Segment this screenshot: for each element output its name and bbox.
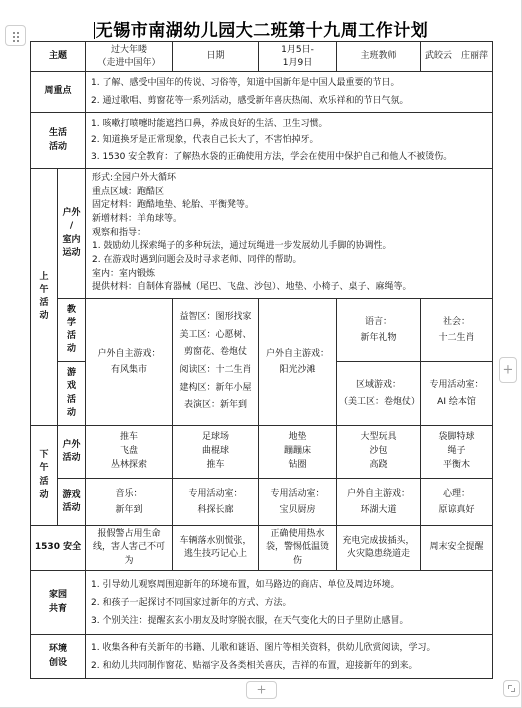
cell-safety-label[interactable]: 1530 安全 <box>31 526 86 571</box>
cell-home-label[interactable]: 家园 共育 <box>31 571 86 635</box>
cell-teacher-label[interactable]: 主班教师 <box>337 42 421 72</box>
cell-theme-value[interactable]: 过大年喽 （走进中国年） <box>86 42 173 72</box>
cell-life-label[interactable]: 生活 活动 <box>31 113 86 169</box>
cell-morning-outdoor-free-market[interactable]: 户外自主游戏： 有风集市 <box>86 299 173 426</box>
cell-safety-3[interactable]: 正确使用热水袋，警惕低温烫伤 <box>259 526 337 571</box>
cell-morning-language[interactable]: 语言： 新年礼物 <box>337 299 421 362</box>
cell-week-focus-label[interactable]: 周重点 <box>31 72 86 113</box>
cell-week-focus-content[interactable]: 1. 了解、感受中国年的传说、习俗等，知道中国新年是中国人最重要的节日。 2. … <box>86 72 493 113</box>
cell-morning-area-game[interactable]: 区域游戏： （美工区：卷炮仗） <box>337 362 421 426</box>
cell-morning-section-label[interactable]: 上 午 活 动 <box>31 169 58 426</box>
cell-afternoon-outdoor-label[interactable]: 户外 活动 <box>58 426 86 479</box>
plus-icon: + <box>256 684 266 696</box>
weekly-plan-table: 主题 过大年喽 （走进中国年） 日期 1月5日- 1月9日 主班教师 武皎云 庄… <box>30 41 493 679</box>
title-prefix: 无锡市南湖幼儿园 <box>96 21 236 41</box>
cell-morning-outdoor-free-beach[interactable]: 户外自主游戏： 阳光沙滩 <box>259 299 337 426</box>
expand-icon <box>511 688 515 692</box>
cell-afternoon-games-3[interactable]: 专用活动室： 宝贝厨房 <box>259 479 337 526</box>
expand-table-button[interactable] <box>503 680 520 697</box>
cell-afternoon-games-label[interactable]: 游戏 活动 <box>58 479 86 526</box>
cell-safety-4[interactable]: 充电完成拔插头，火灾隐患绕道走 <box>337 526 421 571</box>
cell-environment-content[interactable]: 1. 收集各种有关新年的书籍、儿歌和谜语、图片等相关资料，供幼儿欣赏阅读，学习。… <box>86 635 493 679</box>
add-column-button[interactable]: + <box>499 357 517 383</box>
cell-morning-special-room[interactable]: 专用活动室： AI 绘本馆 <box>421 362 493 426</box>
cell-afternoon-outdoor-1[interactable]: 推车 飞盘 丛林探索 <box>86 426 173 479</box>
cell-safety-1[interactable]: 报假警占用生命线，害人害己不可为 <box>86 526 173 571</box>
cell-home-content[interactable]: 1. 引导幼儿观察周围迎新年的环境布置，如马路边的商店、单位及周边环境。 2. … <box>86 571 493 635</box>
cell-morning-sports-label[interactable]: 户外 / 室内 运动 <box>58 169 86 299</box>
cell-afternoon-games-4[interactable]: 户外自主游戏： 环湖大道 <box>337 479 421 526</box>
document-page: 无锡市南湖幼儿园大二班第十九周工作计划 主题 过大年喽 （走进中国年） 日期 1… <box>0 0 522 708</box>
title-suffix: 班第十九周工作计划 <box>271 21 429 41</box>
cell-theme-label[interactable]: 主题 <box>31 42 86 72</box>
add-row-button[interactable]: + <box>246 681 277 699</box>
cell-safety-5[interactable]: 周末安全提醒 <box>421 526 493 571</box>
cell-afternoon-outdoor-4[interactable]: 大型玩具 沙包 高跷 <box>337 426 421 479</box>
cell-afternoon-games-1[interactable]: 音乐： 新年到 <box>86 479 173 526</box>
cell-afternoon-games-5[interactable]: 心理： 原谅真好 <box>421 479 493 526</box>
cell-afternoon-outdoor-3[interactable]: 地垫 蹦蹦床 钻圈 <box>259 426 337 479</box>
page-title: 无锡市南湖幼儿园大二班第十九周工作计划 <box>0 20 522 42</box>
plus-icon: + <box>503 363 514 376</box>
cell-safety-2[interactable]: 车辆落水别慌张，逃生技巧记心上 <box>173 526 259 571</box>
cell-morning-indoor-areas[interactable]: 益智区：图形找家 美工区：心愿树、 剪窗花、卷炮仗 阅读区：十二生肖 建构区：新… <box>173 299 259 426</box>
text-cursor <box>94 22 95 39</box>
cell-morning-social[interactable]: 社会： 十二生肖 <box>421 299 493 362</box>
cell-afternoon-section-label[interactable]: 下 午 活 动 <box>31 426 58 526</box>
cell-afternoon-outdoor-2[interactable]: 足球场 曲棍球 推车 <box>173 426 259 479</box>
cell-date-label[interactable]: 日期 <box>173 42 259 72</box>
cell-morning-sports-content[interactable]: 形式:全园户外大循环 重点区域：跑酷区 固定材料：跑酷地垫、轮胎、平衡凳等。 新… <box>86 169 493 299</box>
cell-life-content[interactable]: 1. 咳嗽打喷嚏时能遮挡口鼻，养成良好的生活、卫生习惯。 2. 知道换牙是正常现… <box>86 113 493 169</box>
cell-morning-games-label[interactable]: 游 戏 活 动 <box>58 362 86 426</box>
cell-morning-teaching-label[interactable]: 教 学 活 动 <box>58 299 86 362</box>
cell-afternoon-games-2[interactable]: 专用活动室： 科探长廊 <box>173 479 259 526</box>
cell-date-value[interactable]: 1月5日- 1月9日 <box>259 42 337 72</box>
cell-afternoon-outdoor-5[interactable]: 袋脚特球 绳子 平衡木 <box>421 426 493 479</box>
cell-environment-label[interactable]: 环境 创设 <box>31 635 86 679</box>
cell-teacher-names[interactable]: 武皎云 庄丽萍 <box>421 42 493 72</box>
title-underlined-part: 大二 <box>236 21 271 42</box>
